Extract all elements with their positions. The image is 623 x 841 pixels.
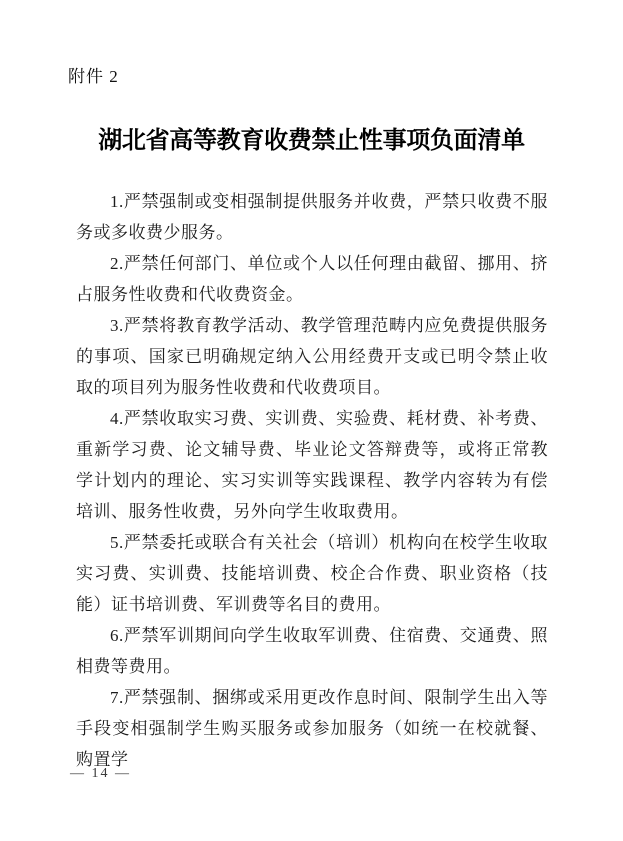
body-paragraph: 5.严禁委托或联合有关社会（培训）机构向在校学生收取实习费、实训费、技能培训费、…	[76, 527, 548, 620]
body-paragraph: 4.严禁收取实习费、实训费、实验费、耗材费、补考费、重新学习费、论文辅导费、毕业…	[76, 403, 548, 527]
body-paragraph: 6.严禁军训期间向学生收取军训费、住宿费、交通费、照相费等费用。	[76, 620, 548, 682]
page-title: 湖北省高等教育收费禁止性事项负面清单	[0, 120, 623, 155]
attachment-label: 附件 2	[68, 62, 119, 87]
document-page: 附件 2 湖北省高等教育收费禁止性事项负面清单 1.严禁强制或变相强制提供服务并…	[0, 0, 623, 841]
body-paragraph: 7.严禁强制、捆绑或采用更改作息时间、限制学生出入等手段变相强制学生购买服务或参…	[76, 682, 548, 775]
document-body: 1.严禁强制或变相强制提供服务并收费，严禁只收费不服务或多收费少服务。2.严禁任…	[76, 186, 548, 775]
body-paragraph: 2.严禁任何部门、单位或个人以任何理由截留、挪用、挤占服务性收费和代收费资金。	[76, 248, 548, 310]
body-paragraph: 1.严禁强制或变相强制提供服务并收费，严禁只收费不服务或多收费少服务。	[76, 186, 548, 248]
page-number: — 14 —	[70, 766, 131, 782]
body-paragraph: 3.严禁将教育教学活动、教学管理范畴内应免费提供服务的事项、国家已明确规定纳入公…	[76, 310, 548, 403]
